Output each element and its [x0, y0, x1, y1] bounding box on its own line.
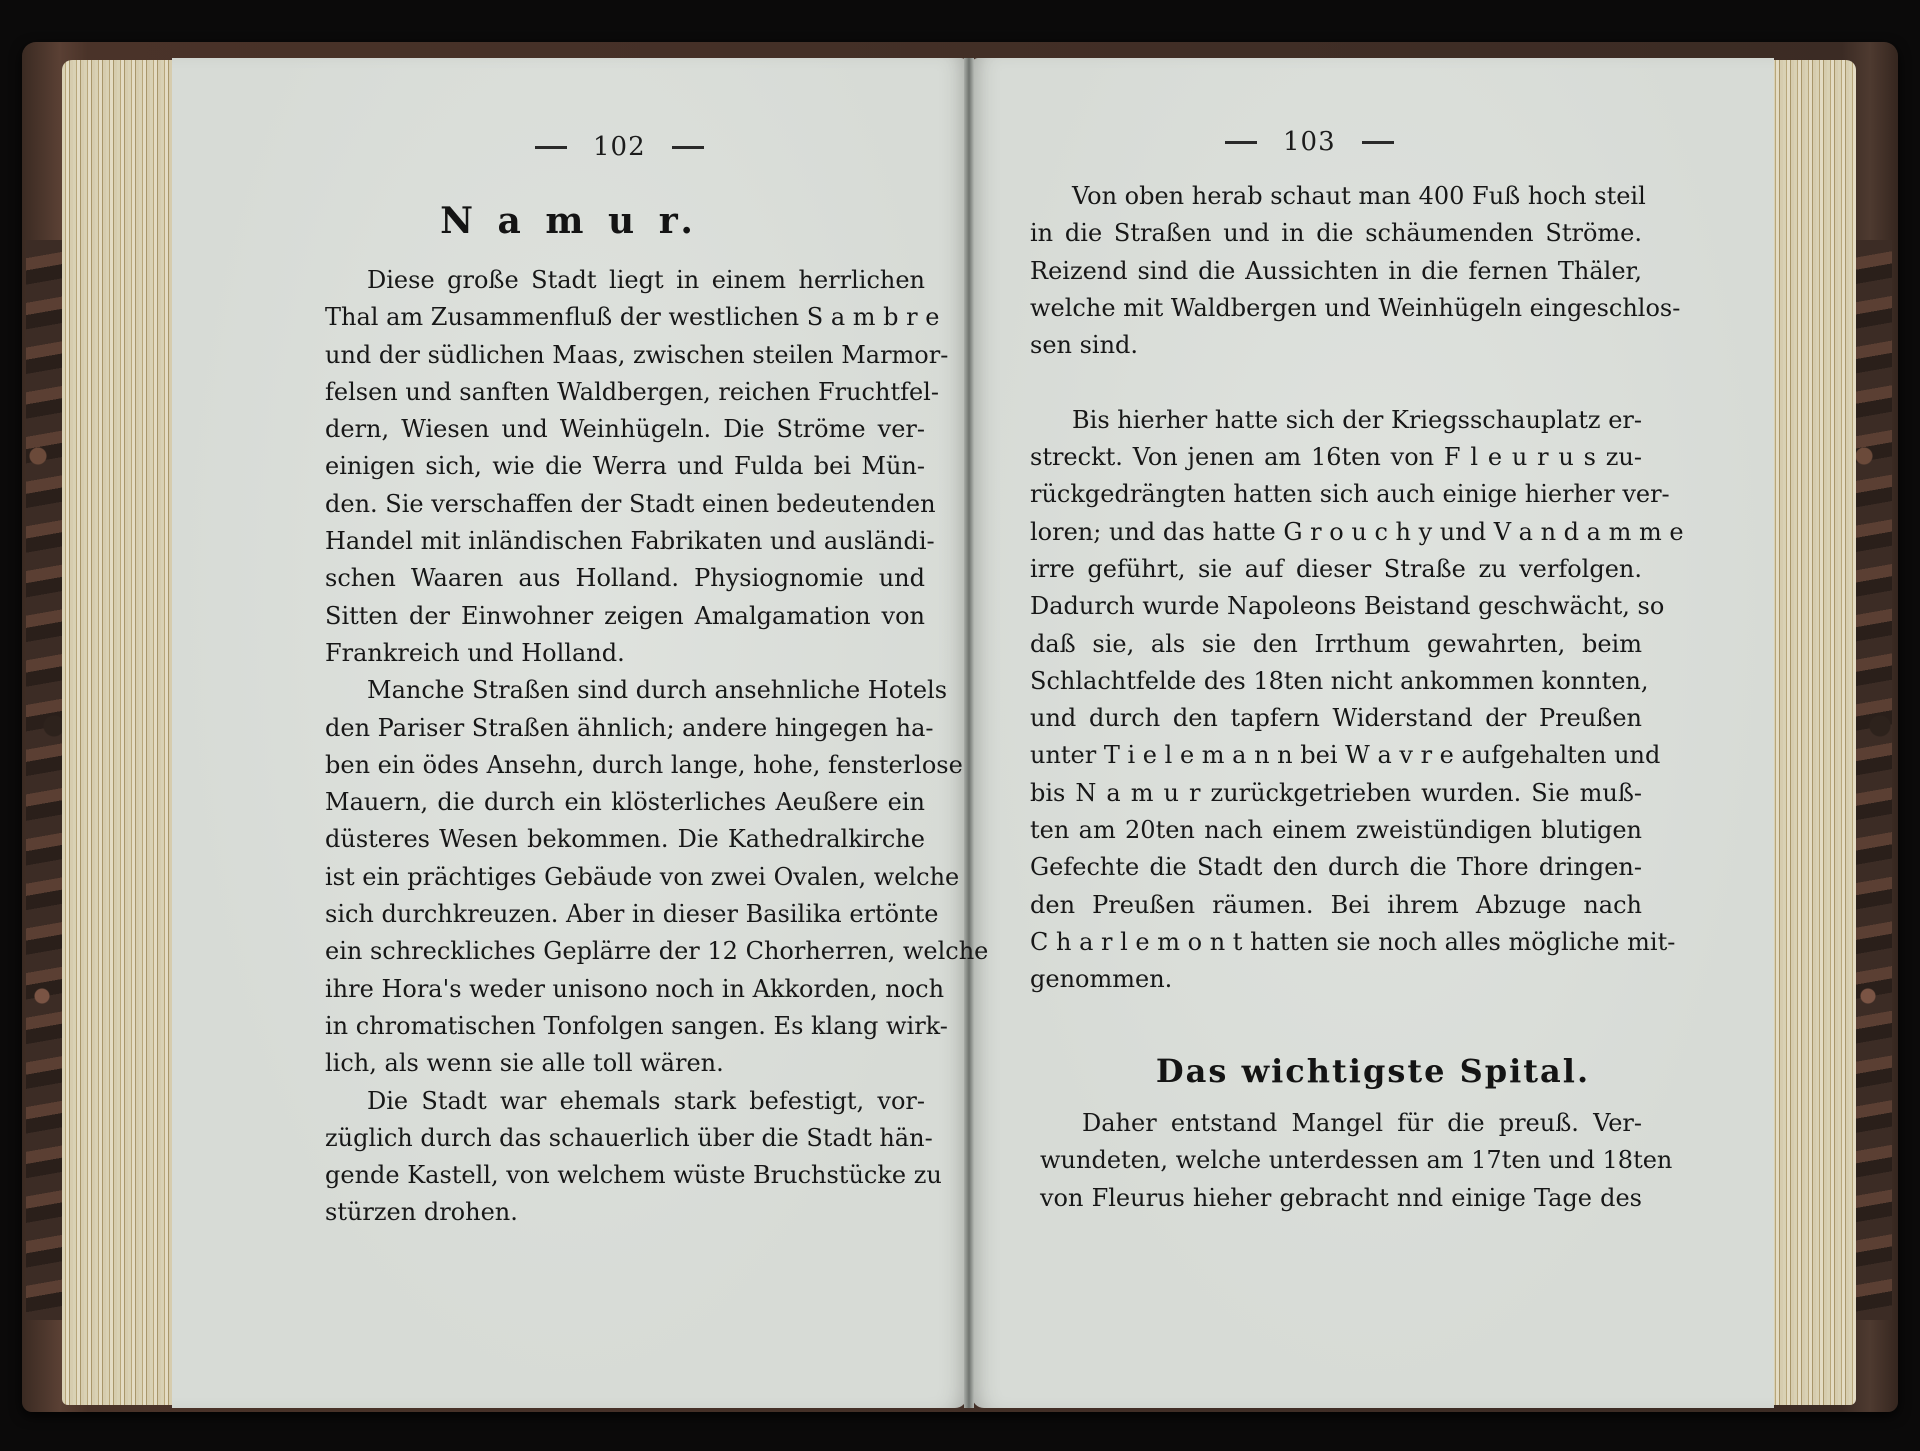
text-line: ihre Hora's weder unisono noch in Akkord…: [325, 971, 925, 1008]
folio-dash: [535, 146, 567, 149]
text-line: streckt. Von jenen am 16ten von F l e u …: [1030, 439, 1642, 476]
text-line: schen Waaren aus Holland. Physiognomie u…: [325, 560, 925, 597]
text-line: irre geführt, sie auf dieser Straße zu v…: [1030, 551, 1642, 588]
page-stack-left: [62, 60, 174, 1405]
marbled-cover-left: [26, 240, 66, 1320]
text-line: den Preußen räumen. Bei ihrem Abzuge nac…: [1030, 887, 1642, 924]
page-stack-right: [1772, 60, 1856, 1405]
chapter-heading-namur: N a m u r.: [172, 200, 967, 242]
page-number-right: 103: [1225, 127, 1394, 157]
text-line: unter T i e l e m a n n bei W a v r e au…: [1030, 737, 1642, 774]
text-line: Bis hierher hatte sich der Kriegsschaupl…: [1030, 402, 1642, 439]
text-line: Dadurch wurde Napoleons Beistand geschwä…: [1030, 588, 1642, 625]
text-line: Handel mit inländischen Fabrikaten und a…: [325, 523, 925, 560]
right-page-body-bottom: Daher entstand Mangel für die preuß. Ver…: [1040, 1105, 1642, 1217]
text-line: ein schreckliches Geplärre der 12 Chorhe…: [325, 933, 925, 970]
text-line: bis N a m u r zurückgetrieben wurden. Si…: [1030, 775, 1642, 812]
text-line: Diese große Stadt liegt in einem herrlic…: [325, 262, 925, 299]
text-line: genommen.: [1030, 961, 1642, 998]
text-line: Gefechte die Stadt den durch die Thore d…: [1030, 849, 1642, 886]
text-line: Die Stadt war ehemals stark befestigt, v…: [325, 1083, 925, 1120]
text-line: einigen sich, wie die Werra und Fulda be…: [325, 448, 925, 485]
text-line: dern, Wiesen und Weinhügeln. Die Ströme …: [325, 411, 925, 448]
text-line: in chromatischen Tonfolgen sangen. Es kl…: [325, 1008, 925, 1045]
folio-dash: [672, 146, 704, 149]
section-heading-spital: Das wichtigste Spital.: [972, 1052, 1774, 1090]
text-line: und durch den tapfern Widerstand der Pre…: [1030, 700, 1642, 737]
text-line: stürzen drohen.: [325, 1194, 925, 1231]
text-line: Sitten der Einwohner zeigen Amalgamation…: [325, 598, 925, 635]
text-line: wundeten, welche unterdessen am 17ten un…: [1040, 1142, 1642, 1179]
page-number-text: 102: [593, 132, 646, 162]
text-line: und der südlichen Maas, zwischen steilen…: [325, 337, 925, 374]
text-line: gende Kastell, von welchem wüste Bruchst…: [325, 1157, 925, 1194]
text-line: ist ein prächtiges Gebäude von zwei Oval…: [325, 859, 925, 896]
book-gutter: [964, 58, 974, 1408]
text-line: düsteres Wesen bekommen. Die Kathedralki…: [325, 821, 925, 858]
text-line: Thal am Zusammenfluß der westlichen S a …: [325, 299, 925, 336]
left-page-body: Diese große Stadt liegt in einem herrlic…: [325, 262, 925, 1232]
text-line: Daher entstand Mangel für die preuß. Ver…: [1040, 1105, 1642, 1142]
text-line: von Fleurus hieher gebracht nnd einige T…: [1040, 1180, 1642, 1217]
text-line: felsen und sanften Waldbergen, reichen F…: [325, 374, 925, 411]
text-line: züglich durch das schauerlich über die S…: [325, 1120, 925, 1157]
folio-dash: [1225, 141, 1257, 144]
text-line: sich durchkreuzen. Aber in dieser Basili…: [325, 896, 925, 933]
text-line: C h a r l e m o n t hatten sie noch alle…: [1030, 924, 1642, 961]
text-line: ben ein ödes Ansehn, durch lange, hohe, …: [325, 747, 925, 784]
page-number-left: 102: [535, 132, 704, 162]
text-line: welche mit Waldbergen und Weinhügeln ein…: [1030, 290, 1642, 327]
text-line: sen sind.: [1030, 327, 1642, 364]
text-line: in die Straßen und in die schäumenden St…: [1030, 215, 1642, 252]
paragraph-gap: [1030, 364, 1642, 401]
page-number-text: 103: [1283, 127, 1336, 157]
marbled-cover-right: [1852, 240, 1892, 1320]
text-line: Von oben herab schaut man 400 Fuß hoch s…: [1030, 178, 1642, 215]
text-line: Manche Straßen sind durch ansehnliche Ho…: [325, 672, 925, 709]
text-line: lich, als wenn sie alle toll wären.: [325, 1045, 925, 1082]
text-line: den Pariser Straßen ähnlich; andere hing…: [325, 710, 925, 747]
text-line: Frankreich und Holland.: [325, 635, 925, 672]
text-line: den. Sie verschaffen der Stadt einen bed…: [325, 486, 925, 523]
text-line: daß sie, als sie den Irrthum gewahrten, …: [1030, 626, 1642, 663]
text-line: Schlachtfelde des 18ten nicht ankommen k…: [1030, 663, 1642, 700]
folio-dash: [1362, 141, 1394, 144]
text-line: rückgedrängten hatten sich auch einige h…: [1030, 476, 1642, 513]
text-line: Mauern, die durch ein klösterliches Aeuß…: [325, 784, 925, 821]
text-line: loren; und das hatte G r o u c h y und V…: [1030, 514, 1642, 551]
text-line: ten am 20ten nach einem zweistündigen bl…: [1030, 812, 1642, 849]
text-line: Reizend sind die Aussichten in die ferne…: [1030, 253, 1642, 290]
right-page-body-top: Von oben herab schaut man 400 Fuß hoch s…: [1030, 178, 1642, 999]
